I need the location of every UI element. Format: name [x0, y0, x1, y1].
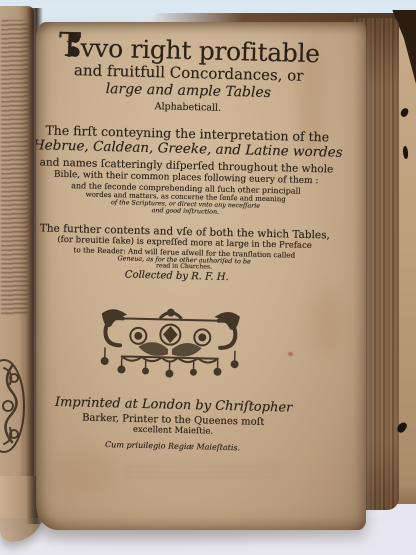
book-photo: Tvvo right profitable and fruitfull Conc… [0, 0, 416, 555]
woodcut-ornament-icon [0, 354, 26, 459]
printers-device-ornament [97, 304, 243, 379]
title-page-text: Tvvo right profitable and fruitfull Conc… [36, 22, 344, 496]
imprint-line-4: Cum priuilegio Regiæ Maieſtatis. [36, 438, 327, 455]
title-page: Tvvo right profitable and fruitfull Conc… [36, 22, 366, 530]
facing-page-text-blur [1, 20, 28, 316]
